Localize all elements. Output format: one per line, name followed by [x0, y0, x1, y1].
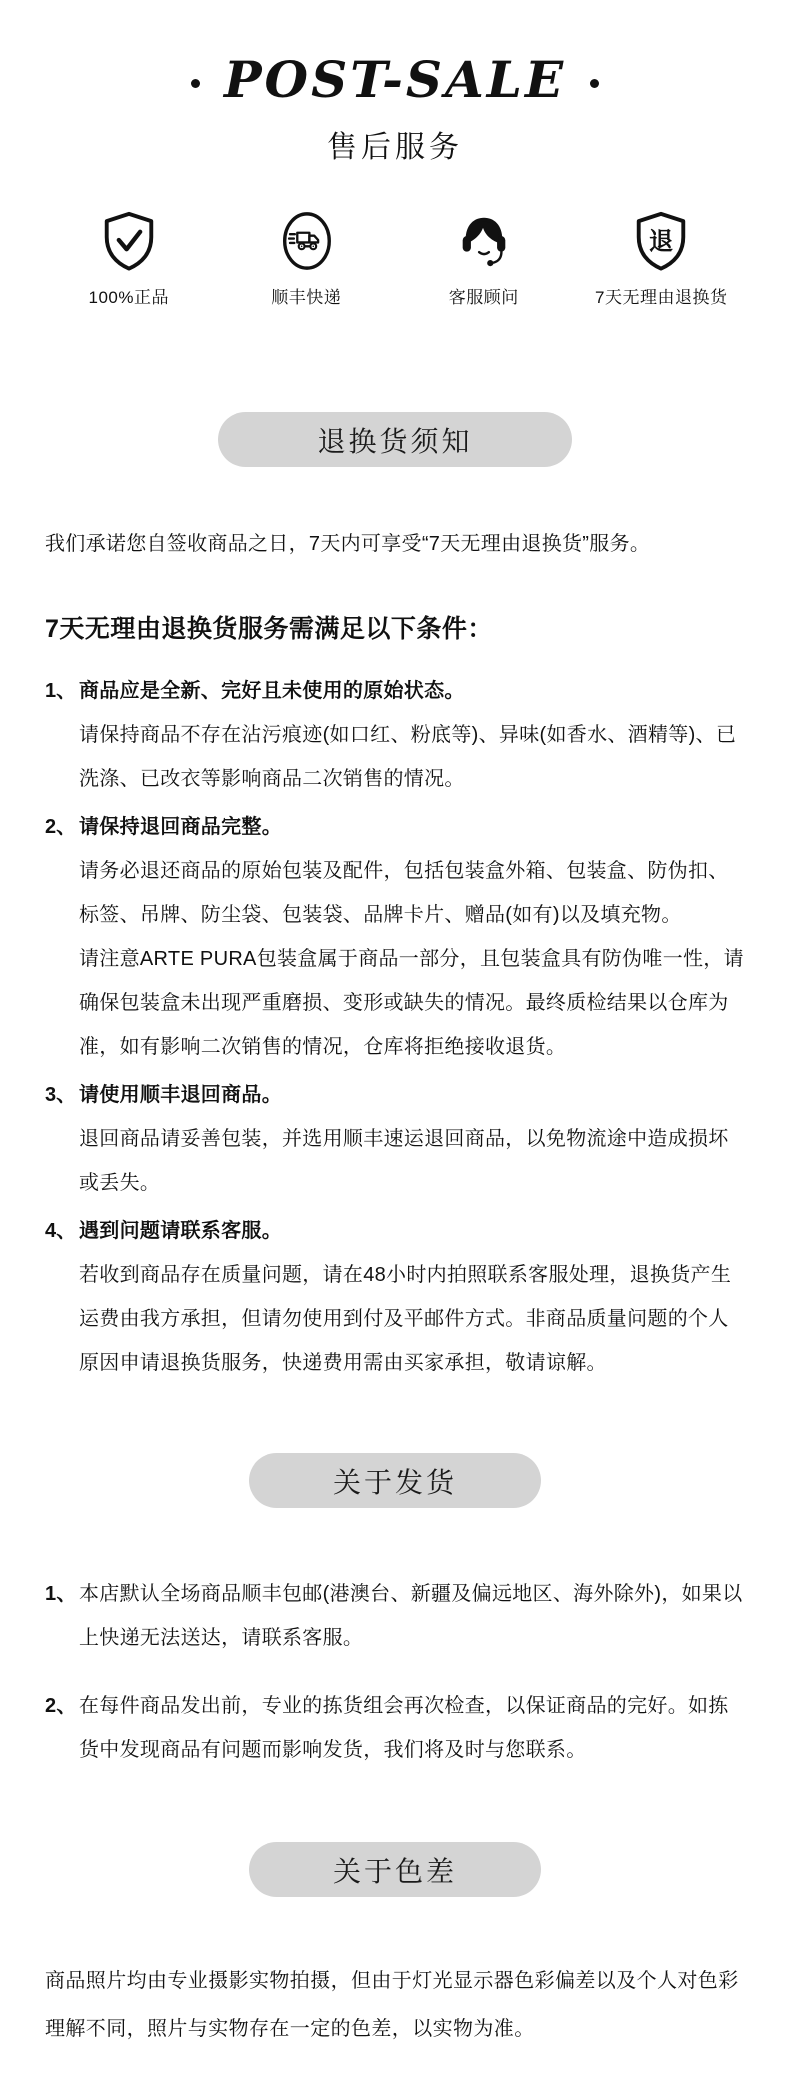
shipping-number: 2、	[45, 1684, 77, 1728]
feature-express: 顺丰快递	[218, 210, 396, 308]
condition-item-4: 4、 遇到问题请联系客服。 若收到商品存在质量问题，请在48小时内拍照联系客服处…	[45, 1209, 745, 1385]
condition-detail: 请务必退还商品的原始包装及配件，包括包装盒外箱、包装盒、防伪扣、标签、吊牌、防尘…	[79, 849, 745, 937]
delivery-truck-icon	[275, 210, 337, 272]
color-difference-text: 商品照片均由专业摄影实物拍摄，但由于灯光显示器色彩偏差以及个人对色彩理解不同，照…	[45, 1957, 745, 2053]
condition-item-1: 1、 商品应是全新、完好且未使用的原始状态。 请保持商品不存在沾污痕迹(如口红、…	[45, 669, 745, 801]
return-notice-section: 我们承诺您自签收商品之日，7天内可享受“7天无理由退换货”服务。 7天无理由退换…	[0, 529, 790, 1385]
condition-title: 请使用顺丰退回商品。	[79, 1073, 745, 1117]
script-title-text: POST-SALE	[224, 50, 566, 110]
customer-service-icon	[453, 210, 515, 272]
condition-number: 1、	[45, 669, 76, 713]
shipping-text: 本店默认全场商品顺丰包邮(港澳台、新疆及偏远地区、海外除外)，如果以上快递无法送…	[79, 1583, 743, 1649]
title-dot-right-icon	[590, 79, 599, 88]
shipping-text: 在每件商品发出前，专业的拣货组会再次检查，以保证商品的完好。如拣货中发现商品有问…	[79, 1695, 729, 1761]
section-pill-shipping: 关于发货	[249, 1453, 541, 1508]
feature-label: 100%正品	[89, 283, 169, 308]
condition-title: 请保持退回商品完整。	[79, 805, 745, 849]
color-difference-section: 商品照片均由专业摄影实物拍摄，但由于灯光显示器色彩偏差以及个人对色彩理解不同，照…	[0, 1957, 790, 2053]
feature-label: 顺丰快递	[271, 283, 341, 308]
feature-return: 退 7天无理由退换货	[573, 210, 751, 308]
return-notice-intro: 我们承诺您自签收商品之日，7天内可享受“7天无理由退换货”服务。	[45, 529, 745, 559]
condition-number: 3、	[45, 1073, 76, 1117]
feature-label: 7天无理由退换货	[595, 283, 727, 308]
features-row: 100%正品 顺丰快递	[40, 210, 750, 308]
shield-check-icon	[98, 210, 160, 272]
svg-text:退: 退	[649, 228, 673, 256]
page-title: POST-SALE	[0, 50, 790, 110]
condition-detail: 退回商品请妥善包装，并选用顺丰速运退回商品，以免物流途中造成损坏或丢失。	[79, 1117, 745, 1205]
feature-label: 客服顾问	[449, 283, 519, 308]
return-shield-icon: 退	[630, 210, 692, 272]
condition-number: 4、	[45, 1209, 76, 1253]
shipping-item-2: 2、 在每件商品发出前，专业的拣货组会再次检查，以保证商品的完好。如拣货中发现商…	[45, 1684, 745, 1772]
post-sale-page: POST-SALE 售后服务 100%正品	[0, 0, 790, 2095]
title-dot-left-icon	[191, 79, 200, 88]
condition-detail: 请注意ARTE PURA包装盒属于商品一部分，且包装盒具有防伪唯一性，请确保包装…	[79, 937, 745, 1069]
conditions-heading: 7天无理由退换货服务需满足以下条件：	[45, 609, 745, 645]
shipping-section: 1、 本店默认全场商品顺丰包邮(港澳台、新疆及偏远地区、海外除外)，如果以上快递…	[0, 1572, 790, 1772]
shipping-item-1: 1、 本店默认全场商品顺丰包邮(港澳台、新疆及偏远地区、海外除外)，如果以上快递…	[45, 1572, 745, 1660]
condition-detail: 若收到商品存在质量问题，请在48小时内拍照联系客服处理，退换货产生运费由我方承担…	[79, 1253, 745, 1385]
shipping-number: 1、	[45, 1572, 77, 1616]
condition-item-3: 3、 请使用顺丰退回商品。 退回商品请妥善包装，并选用顺丰速运退回商品，以免物流…	[45, 1073, 745, 1205]
condition-title: 商品应是全新、完好且未使用的原始状态。	[79, 669, 745, 713]
feature-authentic: 100%正品	[40, 210, 218, 308]
condition-detail: 请保持商品不存在沾污痕迹(如口红、粉底等)、异味(如香水、酒精等)、已洗涤、已改…	[79, 713, 745, 801]
condition-item-2: 2、 请保持退回商品完整。 请务必退还商品的原始包装及配件，包括包装盒外箱、包装…	[45, 805, 745, 1069]
section-pill-return-notice: 退换货须知	[218, 412, 572, 467]
condition-number: 2、	[45, 805, 76, 849]
condition-title: 遇到问题请联系客服。	[79, 1209, 745, 1253]
section-pill-color-difference: 关于色差	[249, 1842, 541, 1897]
page-subtitle: 售后服务	[0, 122, 790, 166]
feature-service: 客服顾问	[395, 210, 573, 308]
